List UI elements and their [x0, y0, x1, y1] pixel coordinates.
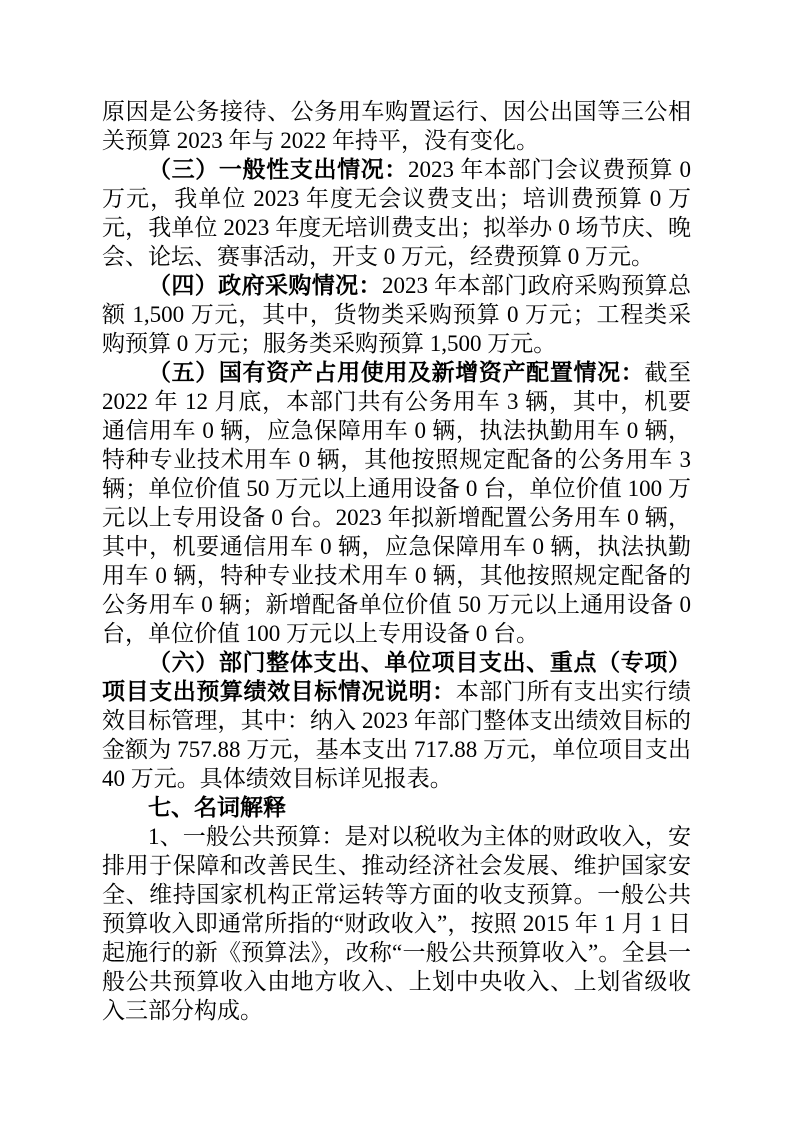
section-4-heading: （四）政府采购情况： — [148, 273, 382, 298]
section-7-heading: 七、名词解释 — [148, 795, 286, 820]
section-3-heading: （三）一般性支出情况： — [148, 157, 408, 182]
heading-section-7-glossary: 七、名词解释 — [102, 793, 691, 822]
paragraph-section-5-state-assets: （五）国有资产占用使用及新增资产配置情况：截至 2022 年 12 月底，本部门… — [102, 358, 691, 648]
paragraph-text: 截至 2022 年 12 月底，本部门共有公务用车 3 辆，其中，机要通信用车 … — [102, 360, 691, 646]
paragraph-section-6-performance-targets: （六）部门整体支出、单位项目支出、重点（专项）项目支出预算绩效目标情况说明：本部… — [102, 648, 691, 793]
document-page: 原因是公务接待、公务用车购置运行、因公出国等三公相关预算 2023 年与 202… — [0, 0, 793, 1122]
paragraph-text: 原因是公务接待、公务用车购置运行、因公出国等三公相关预算 2023 年与 202… — [102, 99, 691, 153]
paragraph-glossary-item-1-general-public-budget: 1、一般公共预算：是对以税收为主体的财政收入，安排用于保障和改善民生、推动经济社… — [102, 822, 691, 1025]
paragraph-three-public-expenses-continuation: 原因是公务接待、公务用车购置运行、因公出国等三公相关预算 2023 年与 202… — [102, 97, 691, 155]
paragraph-section-4-government-procurement: （四）政府采购情况：2023 年本部门政府采购预算总额 1,500 万元，其中，… — [102, 271, 691, 358]
section-5-heading: （五）国有资产占用使用及新增资产配置情况： — [148, 360, 644, 385]
paragraph-section-3-general-expenditure: （三）一般性支出情况：2023 年本部门会议费预算 0 万元，我单位 2023 … — [102, 155, 691, 271]
paragraph-text: 1、一般公共预算：是对以税收为主体的财政收入，安排用于保障和改善民生、推动经济社… — [102, 824, 691, 1023]
